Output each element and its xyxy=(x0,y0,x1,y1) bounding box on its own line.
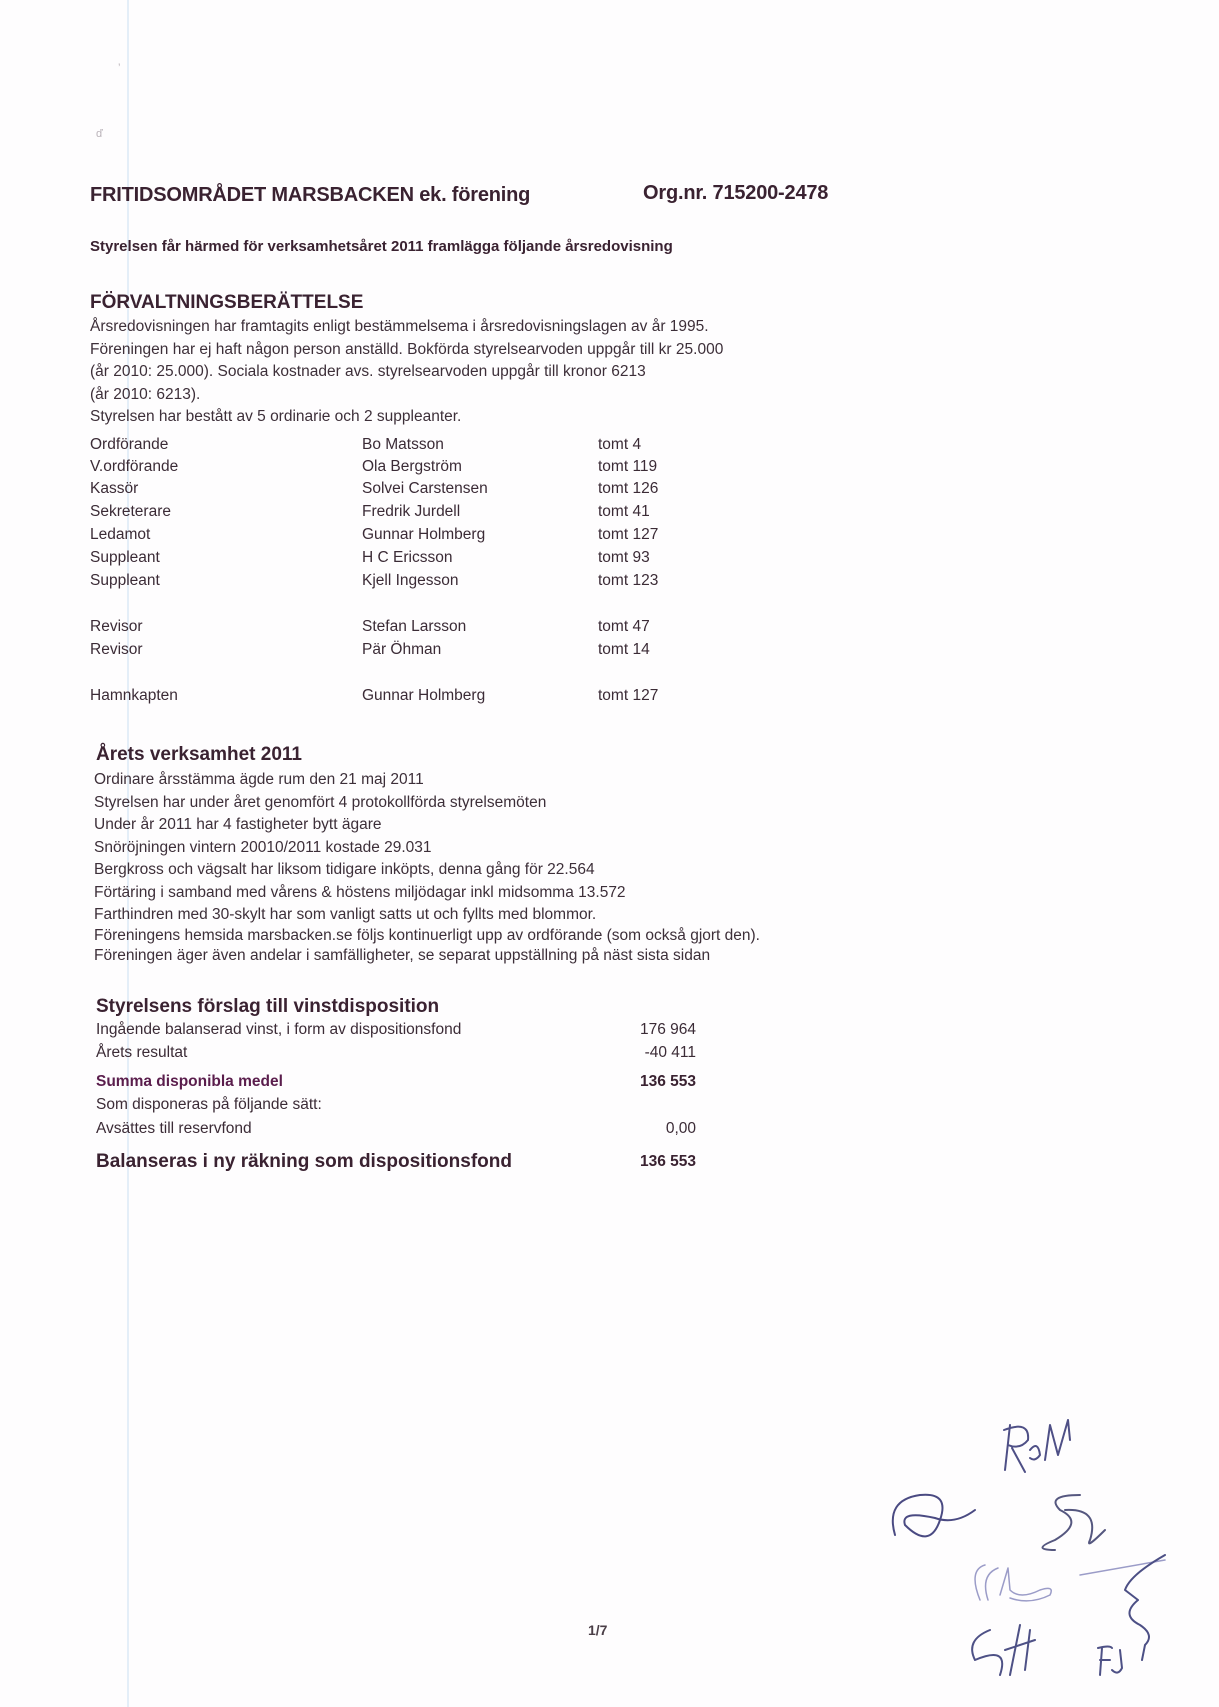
disposition-label: Summa disponibla medel xyxy=(96,1073,283,1091)
scan-speck: ď xyxy=(96,128,103,140)
management-report-heading: FÖRVALTNINGSBERÄTTELSE xyxy=(90,292,363,314)
auditor-name: Stefan Larsson xyxy=(362,618,466,636)
board-name: Gunnar Holmberg xyxy=(362,526,485,544)
signature-2-icon xyxy=(893,1495,975,1537)
scan-speck: ’ xyxy=(118,62,120,74)
text-line: Styrelsen har under året genomfört 4 pro… xyxy=(94,792,760,815)
disposition-total-row: Summa disponibla medel 136 553 xyxy=(96,1073,696,1097)
signature-7-icon xyxy=(1098,1647,1122,1676)
text-line: Farthindren med 30-skylt har som vanligt… xyxy=(94,904,760,927)
board-role: Suppleant xyxy=(90,549,160,567)
board-name: Solvei Carstensen xyxy=(362,480,488,498)
text-line: (år 2010: 25.000). Sociala kostnader avs… xyxy=(90,361,723,384)
text-line: Förtäring i samband med vårens & höstens… xyxy=(94,882,760,905)
disposition-value: -40 411 xyxy=(645,1044,696,1062)
board-role: Ledamot xyxy=(90,526,150,544)
board-row: V.ordförande Ola Bergström tomt 119 xyxy=(90,458,710,480)
disposition-value: 0,00 xyxy=(666,1120,696,1138)
disposition-value: 136 553 xyxy=(640,1073,696,1091)
auditor-row: Revisor Pär Öhman tomt 14 xyxy=(90,641,710,663)
board-row: Sekreterare Fredrik Jurdell tomt 41 xyxy=(90,503,710,525)
signature-6-icon xyxy=(972,1625,1035,1675)
profit-disposition-heading: Styrelsens förslag till vinstdisposition xyxy=(96,996,439,1018)
org-number: Org.nr. 715200-2478 xyxy=(643,182,828,205)
harbour-lot: tomt 127 xyxy=(598,687,658,705)
board-lot: tomt 127 xyxy=(598,526,658,544)
disposition-label: Avsättes till reservfond xyxy=(96,1120,252,1138)
organization-name: FRITIDSOMRÅDET MARSBACKEN ek. förening xyxy=(90,184,530,207)
auditor-name: Pär Öhman xyxy=(362,641,441,659)
board-lot: tomt 41 xyxy=(598,503,650,521)
text-line: Bergkross och vägsalt har liksom tidigar… xyxy=(94,859,760,882)
auditor-role: Revisor xyxy=(90,641,143,659)
auditor-lot: tomt 14 xyxy=(598,641,650,659)
disposition-final-row: Balanseras i ny räkning som dispositions… xyxy=(96,1151,696,1175)
auditor-row: Revisor Stefan Larsson tomt 47 xyxy=(90,618,710,640)
activities-heading: Årets verksamhet 2011 xyxy=(96,744,302,766)
text-line: Föreningens hemsida marsbacken.se följs … xyxy=(94,925,760,948)
text-line: Ordinare årsstämma ägde rum den 21 maj 2… xyxy=(94,769,760,792)
disposition-row: Ingående balanserad vinst, i form av dis… xyxy=(96,1021,696,1045)
board-lot: tomt 123 xyxy=(598,572,658,590)
disposition-label: Balanseras i ny räkning som dispositions… xyxy=(96,1151,512,1173)
board-role: Sekreterare xyxy=(90,503,171,521)
signature-5-icon xyxy=(1125,1555,1165,1660)
auditor-lot: tomt 47 xyxy=(598,618,650,636)
board-lot: tomt 119 xyxy=(598,458,657,476)
text-line: Årsredovisningen har framtagits enligt b… xyxy=(90,316,723,339)
board-role: V.ordförande xyxy=(90,458,178,476)
harbour-master-row: Hamnkapten Gunnar Holmberg tomt 127 xyxy=(90,687,710,709)
text-line: Styrelsen har bestått av 5 ordinarie och… xyxy=(90,406,723,429)
disposition-row: Avsättes till reservfond 0,00 xyxy=(96,1120,696,1144)
board-name: Kjell Ingesson xyxy=(362,572,459,590)
intro-statement: Styrelsen får härmed för verksamhetsåret… xyxy=(90,238,673,255)
disposition-label: Ingående balanserad vinst, i form av dis… xyxy=(96,1021,461,1039)
board-lot: tomt 126 xyxy=(598,480,658,498)
text-line: Föreningen har ej haft någon person anst… xyxy=(90,339,723,362)
board-name: H C Ericsson xyxy=(362,549,452,567)
board-name: Ola Bergström xyxy=(362,458,462,476)
disposition-value: 176 964 xyxy=(640,1021,696,1039)
board-row: Ordförande Bo Matsson tomt 4 xyxy=(90,436,710,458)
disposition-label: Årets resultat xyxy=(96,1044,187,1062)
board-row: Suppleant H C Ericsson tomt 93 xyxy=(90,549,710,571)
text-line: Föreningen äger även andelar i samfällig… xyxy=(94,945,760,968)
text-line: (år 2010: 6213). xyxy=(90,384,723,407)
board-role: Kassör xyxy=(90,480,138,498)
board-row: Kassör Solvei Carstensen tomt 126 xyxy=(90,480,710,502)
management-report-text: Årsredovisningen har framtagits enligt b… xyxy=(90,316,723,429)
board-name: Bo Matsson xyxy=(362,436,444,454)
handwritten-signatures xyxy=(880,1400,1180,1680)
disposition-label: Som disponeras på följande sätt: xyxy=(96,1096,322,1114)
board-lot: tomt 93 xyxy=(598,549,650,567)
activities-text: Ordinare årsstämma ägde rum den 21 maj 2… xyxy=(94,769,760,968)
disposition-row: Årets resultat -40 411 xyxy=(96,1044,696,1068)
board-lot: tomt 4 xyxy=(598,436,641,454)
disposition-row: Som disponeras på följande sätt: xyxy=(96,1096,696,1120)
signature-3-icon xyxy=(1043,1495,1106,1550)
signature-1-icon xyxy=(1004,1420,1070,1472)
board-row: Ledamot Gunnar Holmberg tomt 127 xyxy=(90,526,710,548)
auditor-role: Revisor xyxy=(90,618,143,636)
harbour-role: Hamnkapten xyxy=(90,687,178,705)
board-row: Suppleant Kjell Ingesson tomt 123 xyxy=(90,572,710,594)
text-line: Snöröjningen vintern 20010/2011 kostade … xyxy=(94,837,760,860)
board-role: Ordförande xyxy=(90,436,168,454)
board-name: Fredrik Jurdell xyxy=(362,503,460,521)
disposition-value: 136 553 xyxy=(640,1153,696,1171)
harbour-name: Gunnar Holmberg xyxy=(362,687,485,705)
signature-4-icon xyxy=(975,1560,1165,1601)
page-number: 1/7 xyxy=(588,1622,607,1638)
board-role: Suppleant xyxy=(90,572,160,590)
text-line: Under år 2011 har 4 fastigheter bytt äga… xyxy=(94,814,760,837)
